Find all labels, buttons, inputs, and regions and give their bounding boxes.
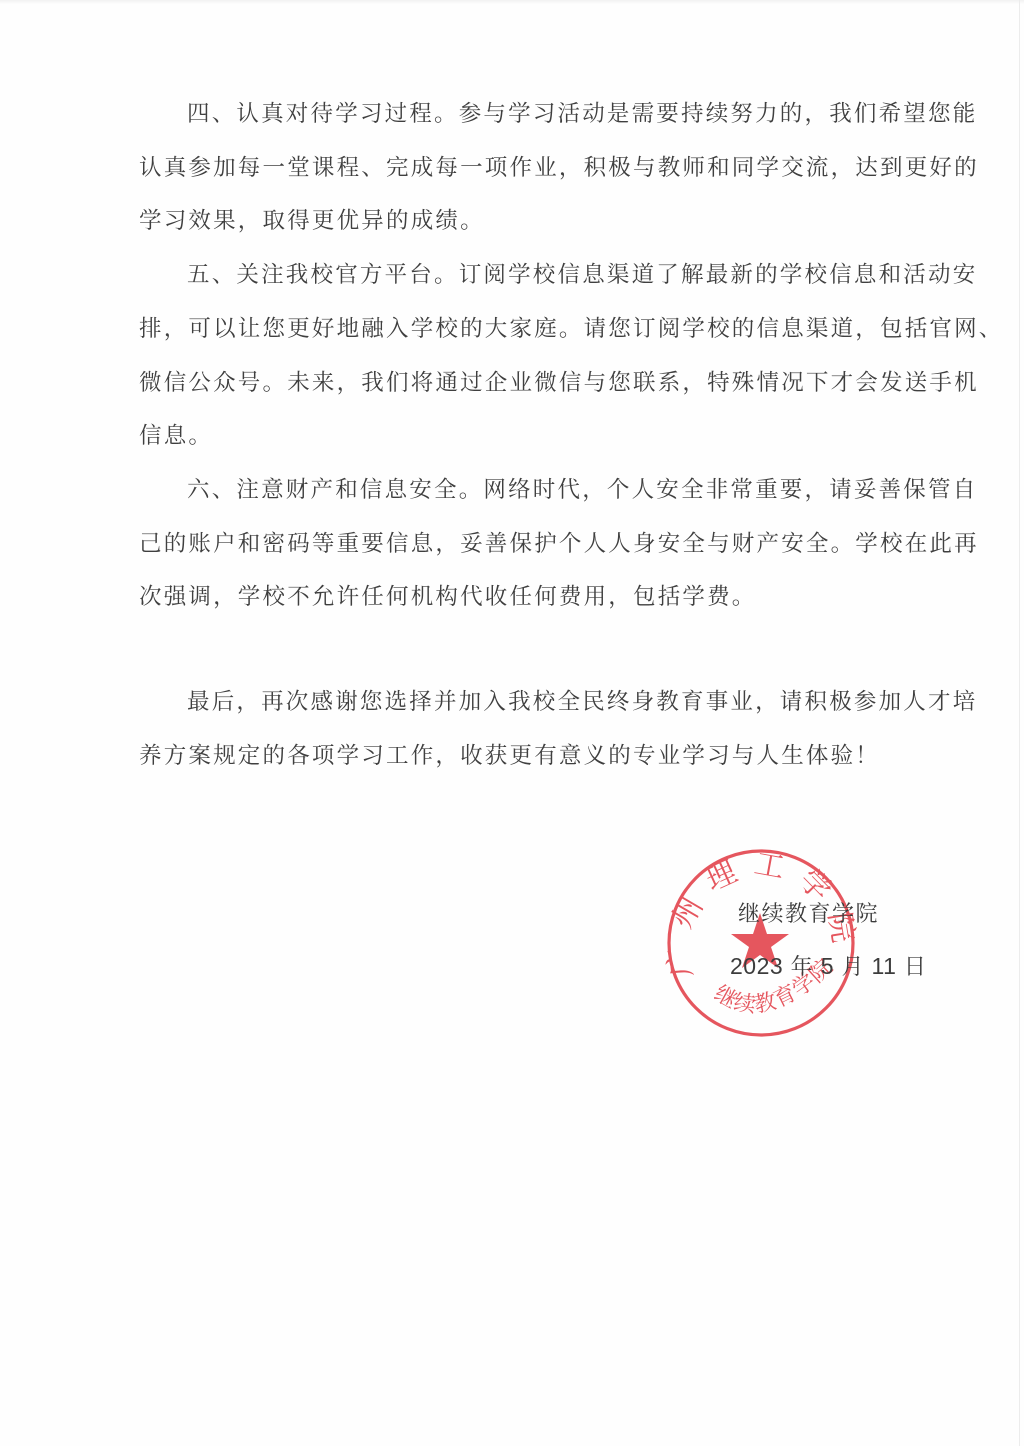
scan-edge-top [0,0,1024,4]
paragraph-line: 排，可以让您更好地融入学校的大家庭。请您订阅学校的信息渠道，包括官网、 [91,303,911,357]
paragraph-line: 微信公众号。未来，我们将通过企业微信与您联系，特殊情况下才会发送手机 [91,357,911,411]
date-year-unit: 年 [791,955,814,980]
paragraph-spacer [91,625,911,676]
paragraph-closing: 最后，再次感谢您选择并加入我校全民终身教育事业，请积极参加人才培 养方案规定的各… [91,676,911,783]
paragraph-line: 最后，再次感谢您选择并加入我校全民终身教育事业，请积极参加人才培 [91,676,911,730]
document-page: 四、认真对待学习过程。参与学习活动是需要持续努力的，我们希望您能 认真参加每一堂… [0,0,1024,1446]
date-year: 2023 [730,953,783,979]
scan-edge-right [1019,0,1020,1446]
date-month: 5 [821,953,834,979]
signature-org: 继续教育学院 [738,897,879,928]
paragraph-line: 学习效果，取得更优异的成绩。 [91,195,911,249]
official-seal: 广州理工学院 继续教育学院 [665,847,857,1039]
paragraph-line: 四、认真对待学习过程。参与学习活动是需要持续努力的，我们希望您能 [91,88,911,142]
letter-body: 四、认真对待学习过程。参与学习活动是需要持续努力的，我们希望您能 认真参加每一堂… [91,88,911,783]
paragraph-line: 次强调，学校不允许任何机构代收任何费用，包括学费。 [91,571,911,625]
paragraph-line: 认真参加每一堂课程、完成每一项作业，积极与教师和同学交流，达到更好的 [91,142,911,196]
paragraph-five: 五、关注我校官方平台。订阅学校信息渠道了解最新的学校信息和活动安 排，可以让您更… [91,249,911,464]
date-day-unit: 日 [904,955,927,980]
paragraph-six: 六、注意财产和信息安全。网络时代，个人安全非常重要，请妥善保管自 己的账户和密码… [91,464,911,625]
paragraph-line: 养方案规定的各项学习工作，收获更有意义的专业学习与人生体验！ [91,730,911,784]
date-day: 11 [872,953,897,979]
date-month-unit: 月 [841,955,864,980]
paragraph-line: 信息。 [91,410,911,464]
signature-date: 2023 年 5 月 11 日 [730,950,926,981]
paragraph-line: 五、关注我校官方平台。订阅学校信息渠道了解最新的学校信息和活动安 [91,249,911,303]
paragraph-line: 己的账户和密码等重要信息，妥善保护个人人身安全与财产安全。学校在此再 [91,518,911,572]
paragraph-four: 四、认真对待学习过程。参与学习活动是需要持续努力的，我们希望您能 认真参加每一堂… [91,88,911,249]
paragraph-line: 六、注意财产和信息安全。网络时代，个人安全非常重要，请妥善保管自 [91,464,911,518]
